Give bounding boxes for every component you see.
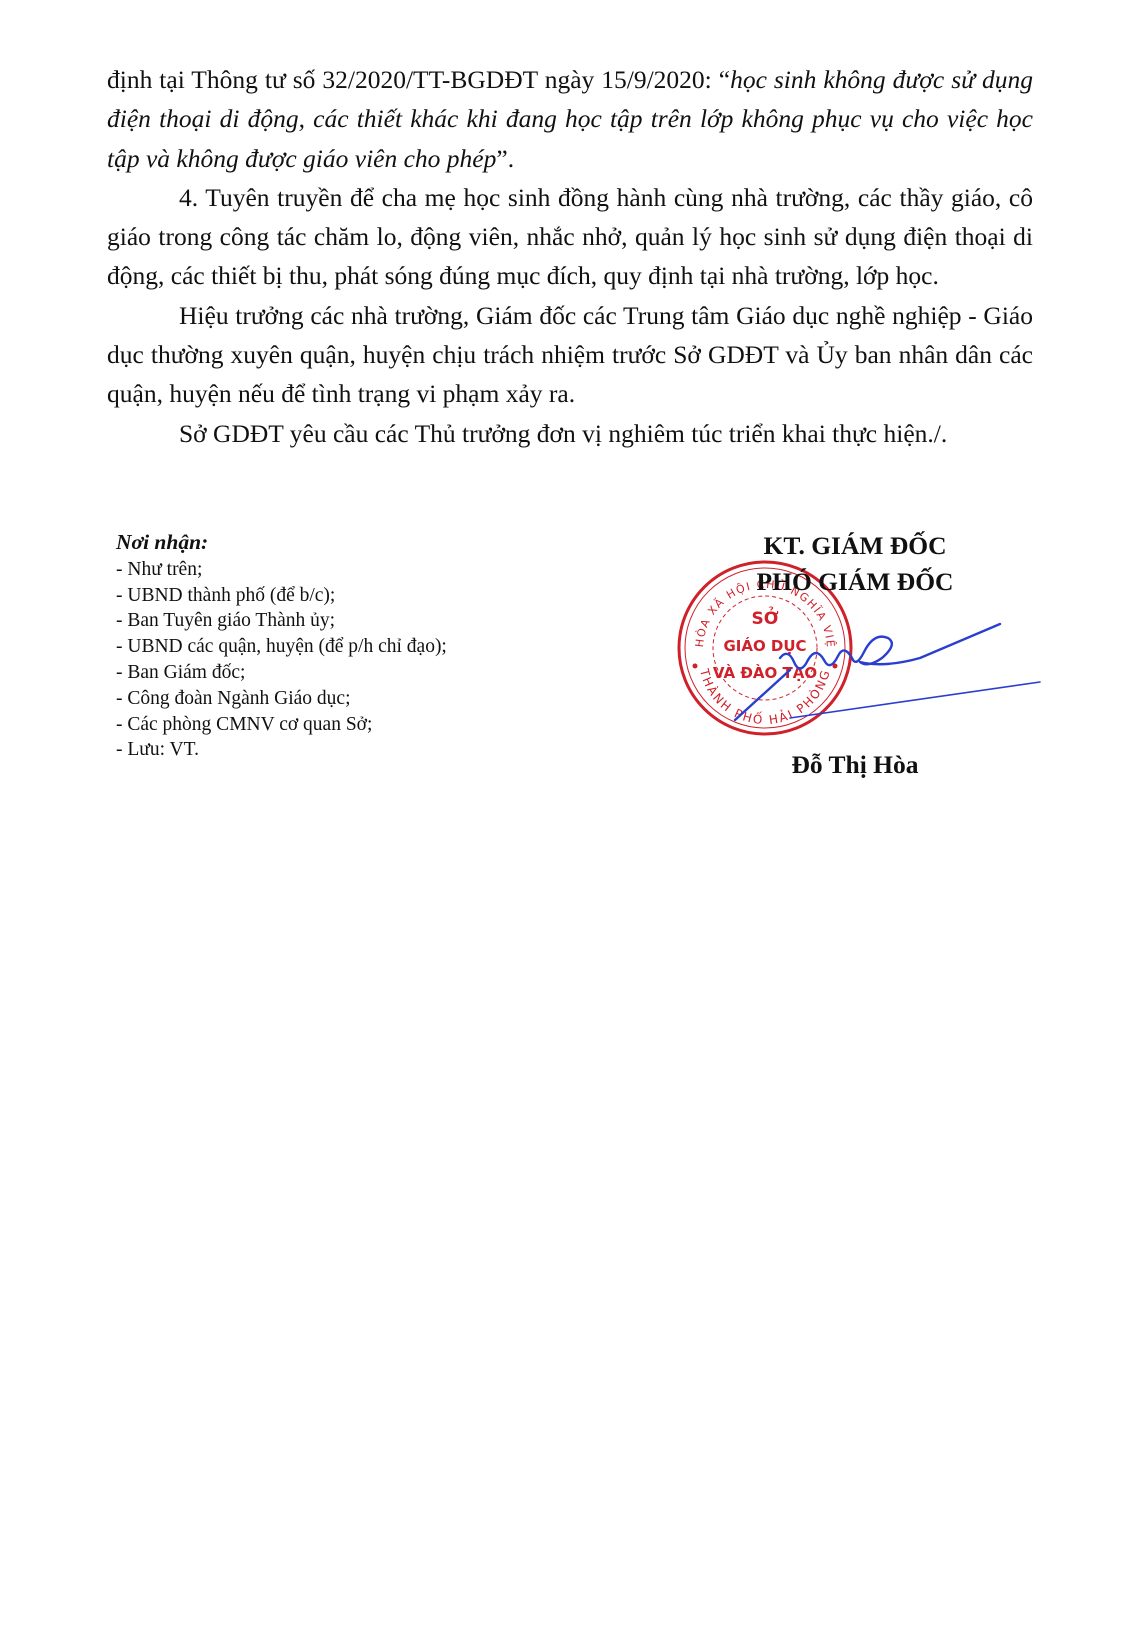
recipient-item: - Như trên; [116,557,447,583]
signature-title: KT. GIÁM ĐỐC [690,528,1020,564]
recipient-item: - Công đoàn Ngành Giáo dục; [116,686,447,712]
signature-block: KT. GIÁM ĐỐC PHÓ GIÁM ĐỐC Đỗ Thị Hòa [690,528,1020,600]
paragraph-item-4: 4. Tuyên truyền để cha mẹ học sinh đồng … [107,178,1033,296]
paragraph-responsibility: Hiệu trưởng các nhà trường, Giám đốc các… [107,296,1033,414]
recipient-item: - Ban Giám đốc; [116,660,447,686]
recipients-title: Nơi nhận: [116,530,447,556]
paragraph-request: Sở GDĐT yêu cầu các Thủ trưởng đơn vị ng… [107,414,1033,453]
handwritten-signature-icon [640,600,1060,740]
document-body: định tại Thông tư số 32/2020/TT-BGDĐT ng… [107,60,1033,453]
recipient-item: - UBND thành phố (để b/c); [116,583,447,609]
paragraph-text: định tại Thông tư số 32/2020/TT-BGDĐT ng… [107,65,730,94]
recipients-block: Nơi nhận: - Như trên; - UBND thành phố (… [116,530,447,763]
signature-subtitle: PHÓ GIÁM ĐỐC [690,564,1020,600]
recipient-item: - Lưu: VT. [116,737,447,763]
paragraph-text: ”. [496,144,514,173]
recipient-item: - Ban Tuyên giáo Thành ủy; [116,608,447,634]
recipient-item: - Các phòng CMNV cơ quan Sở; [116,712,447,738]
paragraph-circular-reference: định tại Thông tư số 32/2020/TT-BGDĐT ng… [107,60,1033,178]
recipient-item: - UBND các quận, huyện (để p/h chỉ đạo); [116,634,447,660]
signer-name: Đỗ Thị Hòa [690,750,1020,780]
